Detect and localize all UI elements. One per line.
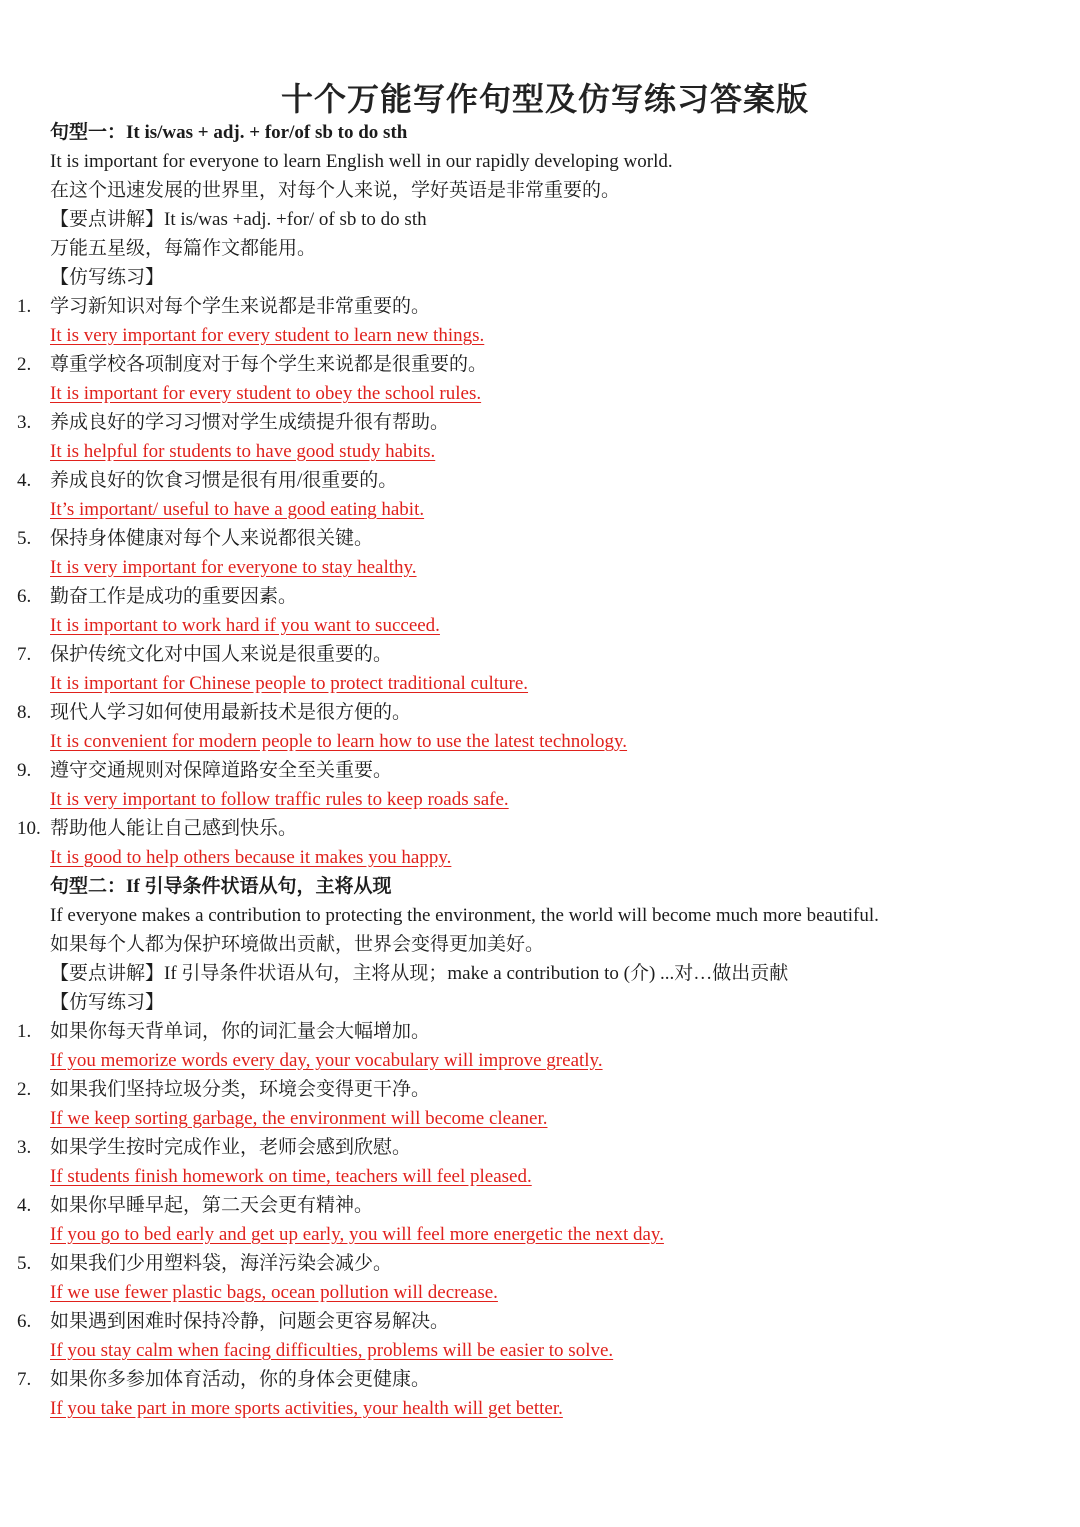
item-answer-en: It is important for Chinese people to pr… xyxy=(50,669,1040,698)
item-prompt-zh: 如果你每天背单词，你的词汇量会大幅增加。 xyxy=(50,1021,430,1042)
item-answer-en: It’s important/ useful to have a good ea… xyxy=(50,495,1040,524)
practice-item-prompt: 5. 如果我们少用塑料袋，海洋污染会减少。 xyxy=(50,1249,1040,1278)
section1-practice-label: 【仿写练习】 xyxy=(50,263,1040,292)
item-number: 8. xyxy=(17,698,45,727)
item-answer-en: If we use fewer plastic bags, ocean poll… xyxy=(50,1278,1040,1307)
item-prompt-zh: 保持身体健康对每个人来说都很关键。 xyxy=(50,528,373,549)
practice-item-prompt: 2. 尊重学校各项制度对于每个学生来说都是很重要的。 xyxy=(50,350,1040,379)
item-answer-en: If you memorize words every day, your vo… xyxy=(50,1046,1040,1075)
item-prompt-zh: 学习新知识对每个学生来说都是非常重要的。 xyxy=(50,296,430,317)
item-answer-en: It is good to help others because it mak… xyxy=(50,843,1040,872)
practice-item-prompt: 6. 勤奋工作是成功的重要因素。 xyxy=(50,582,1040,611)
practice-item-prompt: 1. 学习新知识对每个学生来说都是非常重要的。 xyxy=(50,292,1040,321)
item-answer-en: If students finish homework on time, tea… xyxy=(50,1162,1040,1191)
item-prompt-zh: 如果你早睡早起，第二天会更有精神。 xyxy=(50,1195,373,1216)
item-prompt-zh: 养成良好的学习习惯对学生成绩提升很有帮助。 xyxy=(50,412,449,433)
practice-item-prompt: 2. 如果我们坚持垃圾分类，环境会变得更干净。 xyxy=(50,1075,1040,1104)
item-number: 10. xyxy=(17,814,45,843)
item-answer-en: If you go to bed early and get up early,… xyxy=(50,1220,1040,1249)
section1-key-points: 【要点讲解】It is/was +adj. +for/ of sb to do … xyxy=(50,205,1040,234)
item-number: 2. xyxy=(17,350,45,379)
item-number: 5. xyxy=(17,1249,45,1278)
section1-example-zh: 在这个迅速发展的世界里，对每个人来说，学好英语是非常重要的。 xyxy=(50,176,1040,205)
section2-example-zh: 如果每个人都为保护环境做出贡献，世界会变得更加美好。 xyxy=(50,930,1040,959)
section1-example-en: It is important for everyone to learn En… xyxy=(50,147,1040,176)
document-content: 十个万能写作句型及仿写练习答案版 句型一：It is/was + adj. + … xyxy=(50,82,1040,1423)
practice-item-prompt: 3. 养成良好的学习习惯对学生成绩提升很有帮助。 xyxy=(50,408,1040,437)
practice-item-prompt: 6. 如果遇到困难时保持冷静，问题会更容易解决。 xyxy=(50,1307,1040,1336)
practice-item-prompt: 5. 保持身体健康对每个人来说都很关键。 xyxy=(50,524,1040,553)
item-prompt-zh: 尊重学校各项制度对于每个学生来说都是很重要的。 xyxy=(50,354,487,375)
item-prompt-zh: 养成良好的饮食习惯是很有用/很重要的。 xyxy=(50,470,397,491)
item-answer-en: It is helpful for students to have good … xyxy=(50,437,1040,466)
item-prompt-zh: 如果我们坚持垃圾分类，环境会变得更干净。 xyxy=(50,1079,430,1100)
page-title: 十个万能写作句型及仿写练习答案版 xyxy=(50,82,1040,116)
section2-practice-label: 【仿写练习】 xyxy=(50,988,1040,1017)
item-answer-en: It is important to work hard if you want… xyxy=(50,611,1040,640)
item-prompt-zh: 现代人学习如何使用最新技术是很方便的。 xyxy=(50,702,411,723)
item-prompt-zh: 如果遇到困难时保持冷静，问题会更容易解决。 xyxy=(50,1311,449,1332)
item-number: 7. xyxy=(17,640,45,669)
item-prompt-zh: 如果你多参加体育活动，你的身体会更健康。 xyxy=(50,1369,430,1390)
practice-item-prompt: 7. 保护传统文化对中国人来说是很重要的。 xyxy=(50,640,1040,669)
practice-item-prompt: 7. 如果你多参加体育活动，你的身体会更健康。 xyxy=(50,1365,1040,1394)
practice-item-prompt: 4. 养成良好的饮食习惯是很有用/很重要的。 xyxy=(50,466,1040,495)
item-prompt-zh: 勤奋工作是成功的重要因素。 xyxy=(50,586,297,607)
item-prompt-zh: 帮助他人能让自己感到快乐。 xyxy=(50,818,297,839)
item-answer-en: It is important for every student to obe… xyxy=(50,379,1040,408)
section2-heading: 句型二：If 引导条件状语从句，主将从现 xyxy=(50,872,1040,901)
practice-item-prompt: 3. 如果学生按时完成作业，老师会感到欣慰。 xyxy=(50,1133,1040,1162)
item-number: 3. xyxy=(17,408,45,437)
section1-usage-note: 万能五星级，每篇作文都能用。 xyxy=(50,234,1040,263)
practice-item-prompt: 9. 遵守交通规则对保障道路安全至关重要。 xyxy=(50,756,1040,785)
item-answer-en: It is convenient for modern people to le… xyxy=(50,727,1040,756)
practice-item-prompt: 4. 如果你早睡早起，第二天会更有精神。 xyxy=(50,1191,1040,1220)
item-number: 1. xyxy=(17,1017,45,1046)
item-number: 4. xyxy=(17,466,45,495)
item-number: 6. xyxy=(17,582,45,611)
item-answer-en: It is very important to follow traffic r… xyxy=(50,785,1040,814)
item-prompt-zh: 如果学生按时完成作业，老师会感到欣慰。 xyxy=(50,1137,411,1158)
item-number: 7. xyxy=(17,1365,45,1394)
section2-example-en: If everyone makes a contribution to prot… xyxy=(50,901,1040,930)
item-number: 1. xyxy=(17,292,45,321)
document-page: 十个万能写作句型及仿写练习答案版 句型一：It is/was + adj. + … xyxy=(0,0,1080,1527)
item-number: 3. xyxy=(17,1133,45,1162)
item-answer-en: It is very important for everyone to sta… xyxy=(50,553,1040,582)
item-answer-en: If we keep sorting garbage, the environm… xyxy=(50,1104,1040,1133)
practice-item-prompt: 8. 现代人学习如何使用最新技术是很方便的。 xyxy=(50,698,1040,727)
item-number: 5. xyxy=(17,524,45,553)
item-number: 6. xyxy=(17,1307,45,1336)
item-prompt-zh: 如果我们少用塑料袋，海洋污染会减少。 xyxy=(50,1253,392,1274)
item-number: 2. xyxy=(17,1075,45,1104)
item-answer-en: If you stay calm when facing difficultie… xyxy=(50,1336,1040,1365)
item-number: 4. xyxy=(17,1191,45,1220)
item-prompt-zh: 遵守交通规则对保障道路安全至关重要。 xyxy=(50,760,392,781)
section1-heading: 句型一：It is/was + adj. + for/of sb to do s… xyxy=(50,118,1040,147)
item-answer-en: It is very important for every student t… xyxy=(50,321,1040,350)
section2-key-points: 【要点讲解】If 引导条件状语从句，主将从现；make a contributi… xyxy=(50,959,1040,988)
item-answer-en: If you take part in more sports activiti… xyxy=(50,1394,1040,1423)
item-prompt-zh: 保护传统文化对中国人来说是很重要的。 xyxy=(50,644,392,665)
item-number: 9. xyxy=(17,756,45,785)
practice-item-prompt: 10. 帮助他人能让自己感到快乐。 xyxy=(50,814,1040,843)
practice-item-prompt: 1. 如果你每天背单词，你的词汇量会大幅增加。 xyxy=(50,1017,1040,1046)
